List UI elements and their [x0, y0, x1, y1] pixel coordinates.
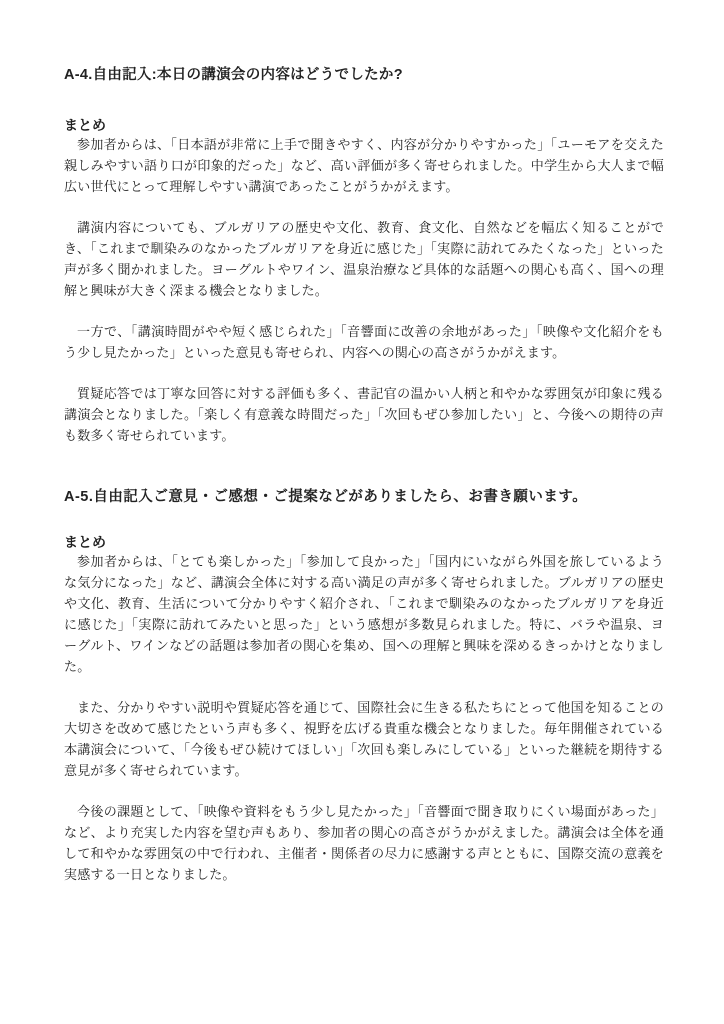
summary-paragraph: 一方で、「講演時間がやや短く感じられた」「音響面に改善の余地があった」「映像や文… — [64, 321, 664, 363]
section-a5-summary: まとめ 参加者からは、「とても楽しかった」「参加して良かった」「国内にいながら外… — [64, 534, 664, 885]
document-page: A-4.自由記入:本日の講演会の内容はどうでしたか? まとめ 参加者からは、「日… — [0, 0, 724, 1024]
summary-paragraph: また、分かりやすい説明や質疑応答を通じて、国際社会に生きる私たちにとって他国を知… — [64, 697, 664, 781]
summary-paragraph: 参加者からは、「とても楽しかった」「参加して良かった」「国内にいながら外国を旅し… — [64, 551, 664, 677]
summary-paragraph: 参加者からは、「日本語が非常に上手で聞きやすく、内容が分かりやすかった」「ユーモ… — [64, 134, 664, 197]
section-a4-heading: A-4.自由記入:本日の講演会の内容はどうでしたか? — [64, 66, 664, 85]
summary-label: まとめ — [64, 117, 664, 134]
section-a5-heading: A-5.自由記入ご意見・ご感想・ご提案などがありましたら、お書き願います。 — [64, 488, 664, 507]
summary-paragraph: 質疑応答では丁寧な回答に対する評価も多く、書記官の温かい人柄と和やかな雰囲気が印… — [64, 383, 664, 446]
section-a4-summary: まとめ 参加者からは、「日本語が非常に上手で聞きやすく、内容が分かりやすかった」… — [64, 117, 664, 446]
summary-paragraph: 今後の課題として、「映像や資料をもう少し見たかった」「音響面で聞き取りにくい場面… — [64, 801, 664, 885]
section-a5-free-response: A-5.自由記入ご意見・ご感想・ご提案などがありましたら、お書き願います。 まと… — [64, 488, 664, 886]
summary-label: まとめ — [64, 534, 664, 551]
section-a4-free-response: A-4.自由記入:本日の講演会の内容はどうでしたか? まとめ 参加者からは、「日… — [64, 66, 664, 446]
summary-paragraph: 講演内容についても、ブルガリアの歴史や文化、教育、食文化、自然などを幅広く知るこ… — [64, 217, 664, 301]
